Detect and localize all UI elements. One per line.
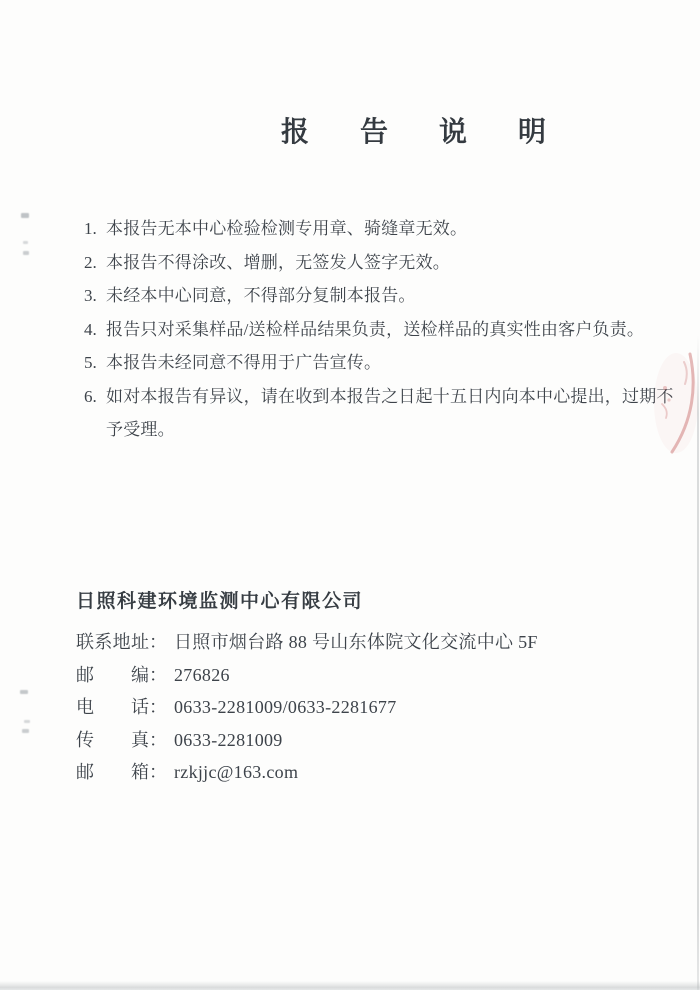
contact-label: 邮编 bbox=[76, 659, 149, 692]
company-name: 日照科建环境监测中心有限公司 bbox=[76, 586, 636, 613]
contact-value-address: 日照市烟台路 88 号山东体院文化交流中心 5F bbox=[174, 632, 538, 652]
page-edge-shadow-bottom bbox=[0, 981, 700, 990]
scan-speck bbox=[24, 720, 30, 723]
contact-row-address: 联系地址：日照市烟台路 88 号山东体院文化交流中心 5F bbox=[76, 626, 636, 659]
scan-speck bbox=[23, 241, 28, 244]
contact-label: 传真 bbox=[76, 724, 149, 757]
scan-speck bbox=[21, 213, 29, 218]
note-item-5: 5. 本报告未经同意不得用于广告宣传。 bbox=[84, 346, 676, 380]
red-stamp-bleed-mark bbox=[638, 348, 700, 463]
note-item-6: 6. 如对本报告有异议，请在收到本报告之日起十五日内向本中心提出，过期不予受理。 bbox=[84, 380, 676, 447]
note-text: 报告只对采集样品/送检样品结果负责，送检样品的真实性由客户负责。 bbox=[106, 313, 676, 347]
note-item-2: 2. 本报告不得涂改、增删，无签发人签字无效。 bbox=[84, 246, 676, 280]
page-title: 报 告 说 明 bbox=[281, 110, 568, 150]
note-number: 4. bbox=[84, 313, 106, 347]
note-item-4: 4. 报告只对采集样品/送检样品结果负责，送检样品的真实性由客户负责。 bbox=[84, 313, 676, 347]
contact-value-email: rzkjjc@163.com bbox=[174, 762, 298, 782]
contact-row-phone: 电话：0633-2281009/0633-2281677 bbox=[76, 691, 636, 724]
contact-value-zip: 276826 bbox=[174, 665, 230, 685]
contact-row-email: 邮箱：rzkjjc@163.com bbox=[76, 756, 636, 789]
contact-value-fax: 0633-2281009 bbox=[174, 730, 283, 750]
contact-row-zip: 邮编：276826 bbox=[76, 659, 636, 692]
note-text: 未经本中心同意，不得部分复制本报告。 bbox=[106, 279, 676, 313]
note-number: 1. bbox=[84, 212, 106, 246]
note-number: 2. bbox=[84, 246, 106, 280]
contact-row-fax: 传真：0633-2281009 bbox=[76, 724, 636, 757]
contact-colon: ： bbox=[149, 626, 167, 659]
contact-label: 邮箱 bbox=[76, 756, 149, 789]
note-item-1: 1. 本报告无本中心检验检测专用章、骑缝章无效。 bbox=[84, 212, 676, 246]
page-edge-shadow-right bbox=[697, 335, 699, 990]
note-text: 如对本报告有异议，请在收到本报告之日起十五日内向本中心提出，过期不予受理。 bbox=[106, 380, 676, 447]
scanned-report-page: 报 告 说 明 1. 本报告无本中心检验检测专用章、骑缝章无效。 2. 本报告不… bbox=[0, 0, 700, 990]
note-text: 本报告不得涂改、增删，无签发人签字无效。 bbox=[106, 246, 676, 280]
note-number: 6. bbox=[84, 380, 106, 447]
contact-colon: ： bbox=[149, 756, 167, 789]
contact-label: 联系地址 bbox=[76, 626, 149, 659]
contact-value-phone: 0633-2281009/0633-2281677 bbox=[174, 697, 397, 717]
report-notes-list: 1. 本报告无本中心检验检测专用章、骑缝章无效。 2. 本报告不得涂改、增删，无… bbox=[84, 212, 676, 447]
note-item-3: 3. 未经本中心同意，不得部分复制本报告。 bbox=[84, 279, 676, 313]
contact-colon: ： bbox=[149, 659, 167, 692]
note-text: 本报告无本中心检验检测专用章、骑缝章无效。 bbox=[106, 212, 676, 246]
company-contact-block: 日照科建环境监测中心有限公司 联系地址：日照市烟台路 88 号山东体院文化交流中… bbox=[76, 586, 636, 789]
scan-speck bbox=[22, 729, 29, 733]
contact-colon: ： bbox=[149, 724, 167, 757]
contact-label: 电话 bbox=[76, 691, 149, 724]
note-text: 本报告未经同意不得用于广告宣传。 bbox=[106, 346, 676, 380]
scan-speck bbox=[20, 690, 28, 694]
scan-speck bbox=[23, 251, 29, 255]
contact-colon: ： bbox=[149, 691, 167, 724]
note-number: 3. bbox=[84, 279, 106, 313]
note-number: 5. bbox=[84, 346, 106, 380]
